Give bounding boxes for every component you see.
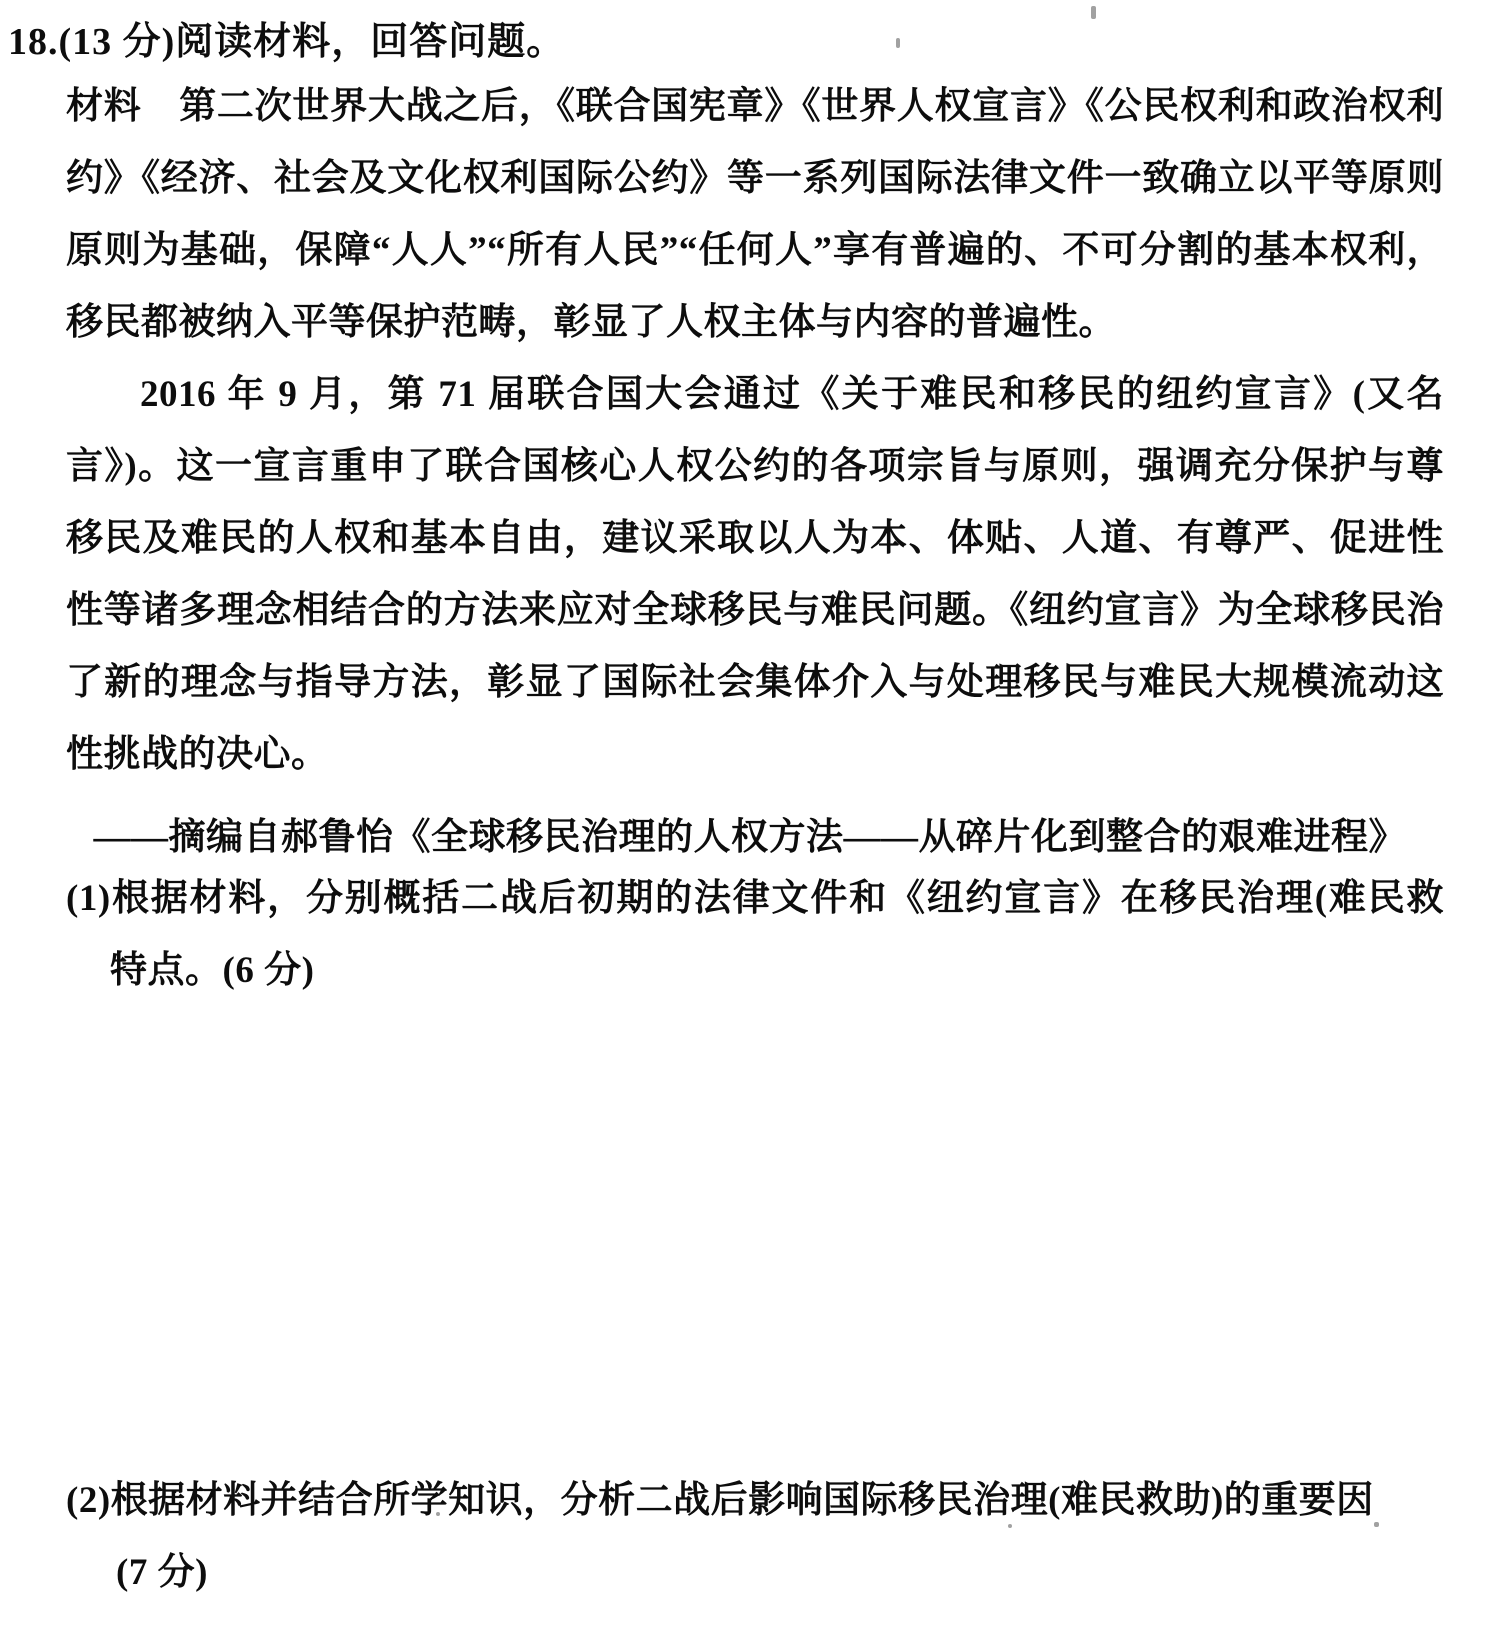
source-attribution: ——摘编自郝鲁怡《全球移民治理的人权方法——从碎片化到整合的艰难进程》 bbox=[66, 806, 1406, 860]
exam-page: 18.(13 分)阅读材料，回答问题。 材料 第二次世界大战之后，《联合国宪章》… bbox=[0, 0, 1499, 1649]
material-paragraph-2: 2016 年 9 月，第 71 届联合国大会通过《关于难民和移民的纽约宣言》(又… bbox=[66, 372, 1444, 804]
question-2-line-2: (7 分) bbox=[66, 1550, 1444, 1596]
question-18-header: 18.(13 分)阅读材料，回答问题。 bbox=[8, 10, 565, 65]
material-p1-line-4: 移民都被纳入平等保护范畴，彰显了人权主体与内容的普遍性。 bbox=[66, 300, 1444, 346]
scan-speck bbox=[1091, 6, 1096, 19]
question-1-line-2: 特点。(6 分) bbox=[66, 948, 1444, 994]
material-p2-line-1: 2016 年 9 月，第 71 届联合国大会通过《关于难民和移民的纽约宣言》(又… bbox=[66, 372, 1444, 418]
scan-speck bbox=[436, 1512, 440, 1516]
material-p1-line-2: 约》《经济、社会及文化权利国际公约》等一系列国际法律文件一致确立以平等原则和非歧… bbox=[66, 156, 1444, 202]
material-p2-line-3: 移民及难民的人权和基本自由，建议采取以人为本、体贴、人道、有尊严、促进性别平等、… bbox=[66, 516, 1444, 562]
material-paragraph-1: 材料 第二次世界大战之后，《联合国宪章》《世界人权宣言》《公民权利和政治权利国际… bbox=[66, 84, 1444, 372]
scan-speck bbox=[1374, 1522, 1379, 1527]
material-p1-line-3: 原则为基础，保障“人人”“所有人民”“任何人”享有普遍的、不可分割的基本权利，因… bbox=[66, 228, 1444, 274]
question-2-line-1: (2)根据材料并结合所学知识，分析二战后影响国际移民治理(难民救助)的重要因素。 bbox=[66, 1478, 1444, 1524]
material-p1-line-1: 材料 第二次世界大战之后，《联合国宪章》《世界人权宣言》《公民权利和政治权利国际… bbox=[66, 84, 1444, 130]
sub-question-1: (1)根据材料，分别概括二战后初期的法律文件和《纽约宣言》在移民治理(难民救助)… bbox=[66, 876, 1444, 1020]
material-p2-line-5: 了新的理念与指导方法，彰显了国际社会集体介入与处理移民与难民大规模流动这一全球 bbox=[66, 660, 1444, 706]
material-p2-line-4: 性等诸多理念相结合的方法来应对全球移民与难民问题。《纽约宣言》为全球移民治理提供 bbox=[66, 588, 1444, 634]
scan-speck bbox=[896, 38, 900, 48]
sub-question-2: (2)根据材料并结合所学知识，分析二战后影响国际移民治理(难民救助)的重要因素。… bbox=[66, 1478, 1444, 1622]
question-1-line-1: (1)根据材料，分别概括二战后初期的法律文件和《纽约宣言》在移民治理(难民救助)… bbox=[66, 876, 1444, 922]
material-p2-line-6: 性挑战的决心。 bbox=[66, 732, 1444, 778]
scan-speck bbox=[1008, 1524, 1012, 1528]
material-p2-line-2: 言》)。这一宣言重申了联合国核心人权公约的各项宗旨与原则，强调充分保护与尊重所有 bbox=[66, 444, 1444, 490]
